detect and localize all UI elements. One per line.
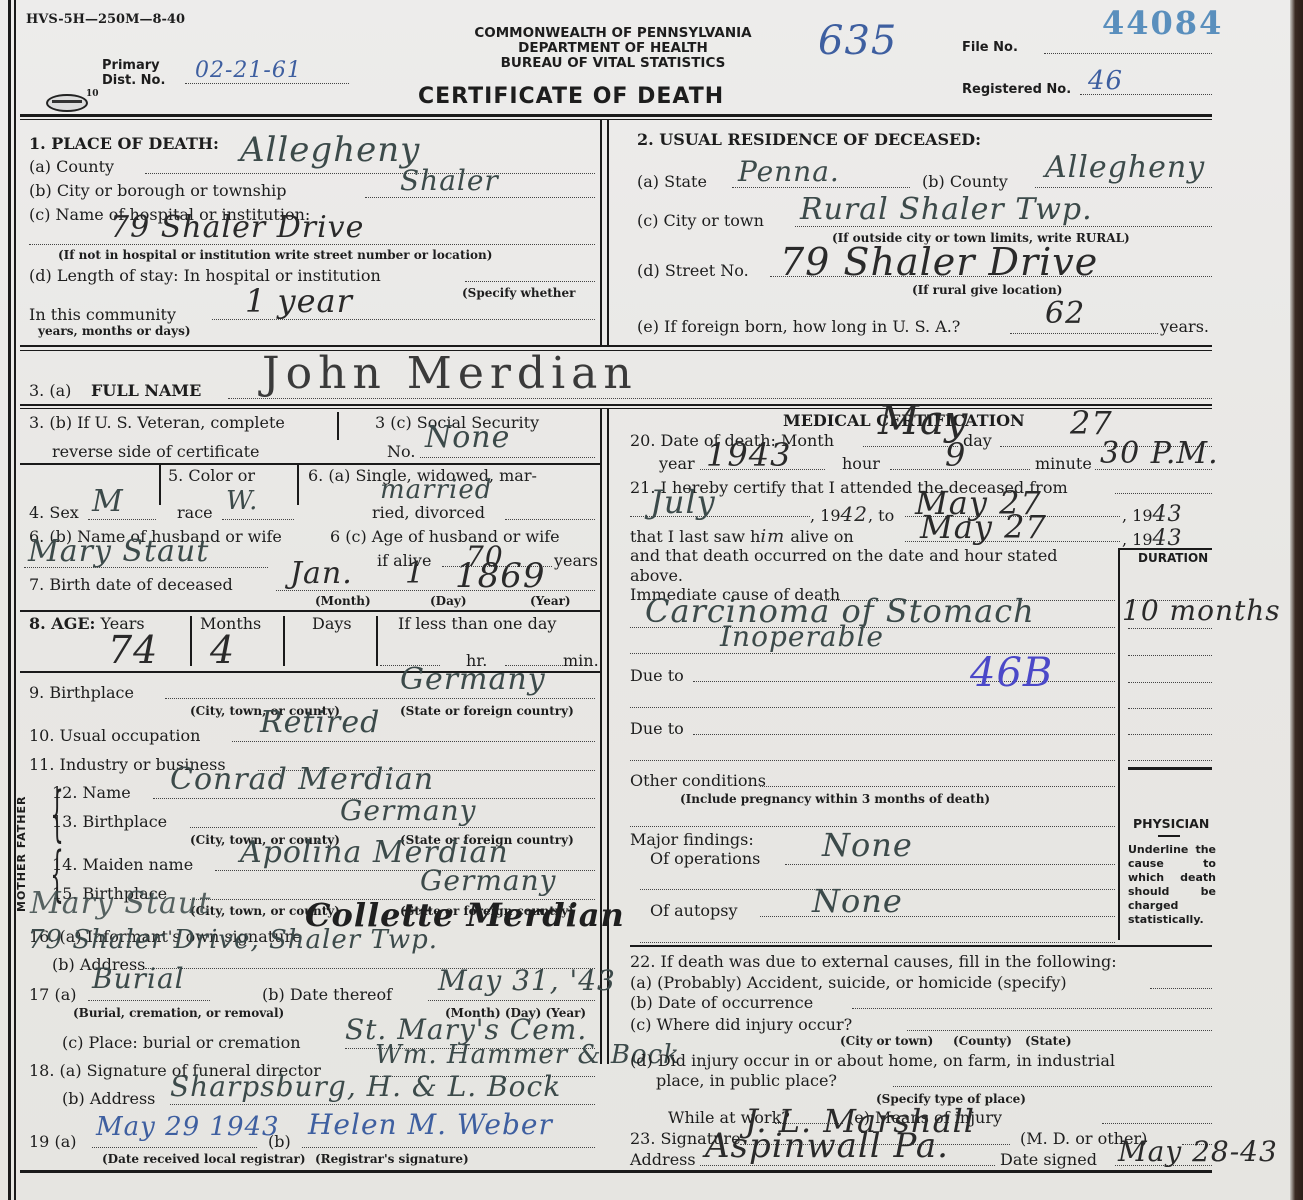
certificate-title: CERTIFICATE OF DEATH [418,84,724,109]
community-note: years, months or days) [38,324,191,338]
date-signed-label: Date signed [1000,1150,1097,1169]
duration-heading: DURATION [1138,551,1208,565]
operations-value: None [822,826,913,864]
residence-street-value: 79 Shaler Drive [780,240,1098,284]
date-signed-value: May 28-43 [1118,1135,1278,1168]
birthplace-value: Germany [400,662,546,697]
physician-address-value: Aspinwall Pa. [705,1126,949,1166]
street-label: (d) Street No. [637,261,749,280]
death-minute-value: 30 P.M. [1100,436,1219,471]
paper-edge [1290,0,1303,1200]
funeral-address-value: Sharpsburg, H. & L. Bock [170,1070,561,1103]
form-code: HVS-5H—250M—8-40 [26,12,185,27]
death-hour-value: 9 [945,436,966,474]
attended-from-value: July [650,483,716,521]
sex-value: M [92,484,124,519]
registrar-label-b: (b) [268,1132,291,1151]
registered-no-label: Registered No. [962,82,1071,97]
residence-county-label: (b) County [922,172,1008,191]
age-months-value: 4 [210,628,235,672]
occupation-value: Retired [260,705,380,740]
burial-label: 17 (a) [29,985,76,1004]
residence-city-label: (c) City or town [637,211,764,230]
community-value: 1 year [245,282,353,320]
death-city-value: Shaler [400,164,499,197]
registered-no-value: 46 [1088,66,1123,96]
spouse-value: Mary Staut [28,534,209,569]
birth-day-value: 1 [405,556,425,591]
left-border-rule [14,0,16,1200]
race-value: W. [226,486,258,516]
seal-number: 10 [86,89,99,99]
color-label: 5. Color or [168,466,255,485]
residence-city-value: Rural Shaler Twp. [800,192,1093,227]
occurred-label: and that death occurred on the date and … [630,546,1058,565]
immediate-cause-detail: Inoperable [720,620,884,653]
age-years-value: 74 [108,628,158,672]
birth-year-value: 1869 [455,556,546,596]
parents-side-label: MOTHER FATHER [15,796,28,912]
marital-value: married [380,475,492,505]
printer-union-seal-icon [46,94,88,112]
burial-date-label: (b) Date thereof [262,985,392,1004]
registrar-label-a: 19 (a) [29,1132,76,1151]
birth-date-label: 7. Birth date of deceased [29,575,233,594]
death-county-value: Allegheny [240,130,420,170]
physician-note: Underline the cause to which death shoul… [1128,843,1216,927]
file-no-stamp: 44084 [1102,4,1223,42]
physician-heading: PHYSICIAN [1133,816,1209,831]
primary-dist-label: Primary Dist. No. [102,58,165,88]
spouse-age-label: 6 (c) Age of husband or wife [330,527,560,546]
less-than-day-label: If less than one day [398,614,556,633]
hospital-note: (If not in hospital or institution write… [58,248,492,262]
external-d-label: (d) Did injury occur in or about home, o… [630,1051,1115,1070]
primary-dist-value: 02-21-61 [195,58,302,83]
county-label: (a) County [29,157,114,176]
autopsy-value: None [812,882,903,920]
burial-place-label: (c) Place: burial or cremation [62,1033,301,1052]
father-name-value: Conrad Merdian [170,762,434,797]
city-label: (b) City or borough or township [29,181,287,200]
funeral-address-label: (b) Address [62,1089,155,1108]
due-to-label-1: Due to [630,666,684,685]
attended-from-year: 42 [841,502,868,526]
sex-label: 4. Sex [29,503,79,522]
place-of-death-heading: 1. PLACE OF DEATH: [29,134,219,153]
external-c-label: (c) Where did injury occur? [630,1015,852,1034]
hospital-value: 79 Shaler Drive [110,210,364,245]
autopsy-label: Of autopsy [650,901,738,920]
burial-date-value: May 31, '43 [438,964,616,997]
full-name-label: FULL NAME [91,381,201,400]
veteran-label: 3. (b) If U. S. Veteran, complete [29,413,285,432]
residence-county-value: Allegheny [1045,150,1205,185]
registrar-date-value: May 29 1943 [96,1112,280,1142]
file-no-label: File No. [962,40,1018,55]
left-border-rule [8,0,11,1200]
operations-label: Of operations [650,849,760,868]
physician-address-label: Address [630,1150,696,1169]
cause-code-annotation: 46B [970,650,1053,696]
last-saw-date-value: May 27 [920,508,1047,546]
registrar-signature-value: Helen M. Weber [308,1108,553,1141]
full-name-num: 3. (a) [29,381,71,400]
mother-maiden-label: 14. Maiden name [52,855,193,874]
mother-birthplace-value: Germany [420,864,556,897]
foreign-label: (e) If foreign born, how long in U. S. A… [637,317,960,336]
occupation-label: 10. Usual occupation [29,726,200,745]
external-b-label: (b) Date of occurrence [630,993,813,1012]
attended-to-year: 43 [1153,502,1183,527]
birthplace-label: 9. Birthplace [29,683,134,702]
certificate-paper: HVS-5H—250M—8-40 Primary Dist. No. 02-21… [0,0,1290,1200]
stay-note: (Specify whether [462,286,575,300]
informant-address-value: 79 Shaler Drive, Shaler Twp. [28,925,438,955]
state-label: (a) State [637,172,707,191]
other-conditions-label: Other conditions [630,771,766,790]
major-findings-label: Major findings: [630,830,754,849]
days-label: Days [312,614,352,633]
residence-heading: 2. USUAL RESIDENCE OF DECEASED: [637,130,981,149]
father-name-label: 12. Name [52,783,131,802]
external-heading: 22. If death was due to external causes,… [630,952,1117,971]
street-note: (If rural give location) [912,283,1062,297]
ssn-value: None [425,420,510,455]
birth-month-value: Jan. [290,556,353,591]
foreign-years-value: 62 [1045,296,1085,331]
external-a-label: (a) (Probably) Accident, suicide, or hom… [630,973,1067,992]
margin-note: 635 [818,18,897,64]
death-year-value: 1943 [706,436,791,474]
last-saw-label: that I last saw him alive on [630,526,854,547]
disposition-value: Burial [92,962,185,995]
father-birthplace-label: 13. Birthplace [52,812,167,831]
foreign-suffix: years. [1160,317,1209,336]
father-birthplace-value: Germany [340,794,476,827]
community-label: In this community [29,305,176,324]
full-name-value: John Merdian [262,348,638,399]
due-to-label-2: Due to [630,719,684,738]
informant-margin-name: Mary Staut [30,886,211,921]
duration-value: 10 months [1122,594,1281,627]
residence-state-value: Penna. [738,155,840,188]
agency-block: COMMONWEALTH OF PENNSYLVANIA DEPARTMENT … [458,26,768,71]
